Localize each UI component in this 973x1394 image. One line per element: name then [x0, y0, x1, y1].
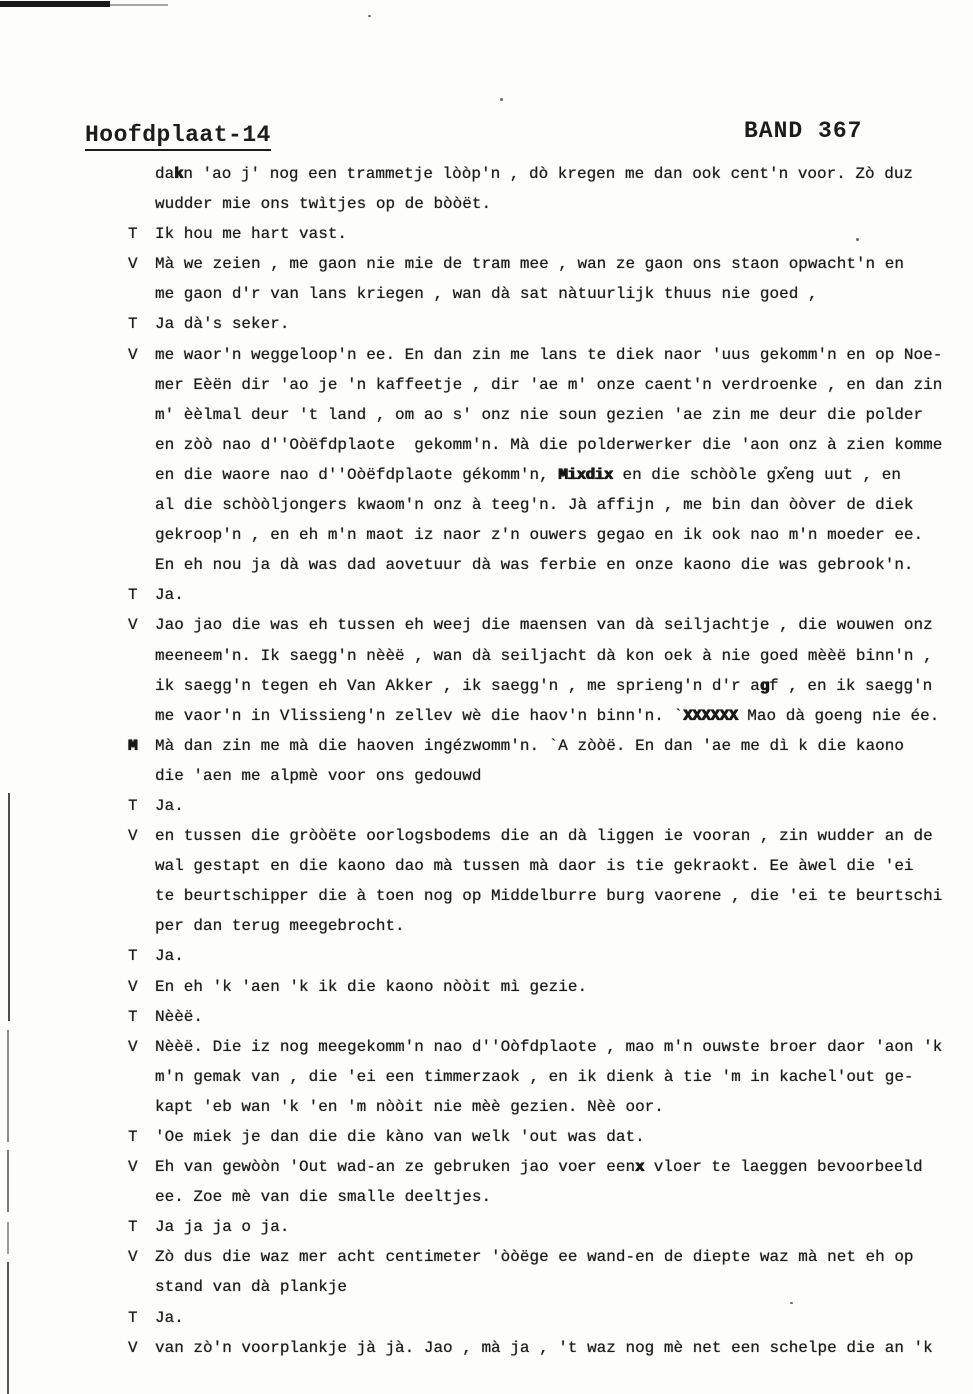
line-text: 'Oe miek je dan die die kàno van welk 'o… [155, 1128, 645, 1146]
transcript-line: TJa dà's seker. [128, 309, 973, 339]
transcript-line: T'Oe miek je dan die die kàno van welk '… [128, 1122, 973, 1152]
document-page: Hoofdplaat-14 BAND 367 dakn 'ao j' nog e… [0, 0, 973, 1394]
line-text: Nèèë. [155, 1008, 203, 1026]
speaker-label: T [128, 309, 155, 339]
transcript-line: VEh van gewòòn 'Out wad-an ze gebruken j… [128, 1152, 973, 1182]
transcript-line: wudder mie ons twìtjes op de bòòët. [128, 189, 973, 219]
scan-artifact-left-edge [7, 1150, 9, 1212]
line-text: te beurtschipper die à toen nog op Midde… [155, 887, 942, 905]
speaker-label: T [128, 1002, 155, 1032]
line-text: en die waore nao d''Oòëfdplaote gékomm'n… [155, 466, 901, 484]
line-text: En eh 'k 'aen 'k ik die kaono nòòit mì g… [155, 978, 587, 996]
transcript-line: per dan terug meegebrocht. [128, 911, 973, 941]
speaker-label: V [128, 610, 155, 640]
overstruck-text: XXXXXX [683, 707, 738, 725]
transcript-line: die 'aen me alpmè voor ons gedouwd [128, 761, 973, 791]
line-text: gekroop'n , en eh m'n maot iz naor z'n o… [155, 526, 923, 544]
transcript-line: me vaor'n in Vlissieng'n zellev wè die h… [128, 701, 973, 731]
speaker-label: V [128, 972, 155, 1002]
transcript-line: al die schòòljongers kwaom'n onz à teeg'… [128, 490, 973, 520]
overstruck-text: g [760, 677, 769, 695]
line-text: En eh nou ja dà was dad aovetuur dà was … [155, 556, 914, 574]
transcript-line: VJao jao die was eh tussen eh weej die m… [128, 610, 973, 640]
line-text: Eh van gewòòn 'Out wad-an ze gebruken ja… [155, 1158, 923, 1176]
scan-artifact-left-edge [7, 1262, 9, 1394]
overstruck-text: Mixdix [558, 466, 613, 484]
line-text: Ja. [155, 947, 184, 965]
transcript: dakn 'ao j' nog een trammetje lòòp'n , d… [128, 159, 973, 1363]
line-text: Mà dan zin me mà die haoven ingézwomm'n.… [155, 737, 904, 755]
speaker-label: V [128, 821, 155, 851]
line-text: Nèèë. Die iz nog meegekomm'n nao d''Oòfd… [155, 1038, 942, 1056]
transcript-line: TJa. [128, 580, 973, 610]
line-text: per dan terug meegebrocht. [155, 917, 405, 935]
line-text: wudder mie ons twìtjes op de bòòët. [155, 195, 491, 213]
line-text: dakn 'ao j' nog een trammetje lòòp'n , d… [155, 165, 913, 183]
line-text: meeneem'n. Ik saegg'n nèèë , wan dà seil… [155, 647, 933, 665]
transcript-line: dakn 'ao j' nog een trammetje lòòp'n , d… [128, 159, 973, 189]
transcript-line: VZò dus die waz mer acht centimeter 'òòë… [128, 1242, 973, 1272]
speaker-label: V [128, 249, 155, 279]
transcript-line: TIk hou me hart vast. [128, 219, 973, 249]
line-text: stand van dà plankje [155, 1278, 347, 1296]
speaker-label: V [128, 1242, 155, 1272]
scan-artifact-left-edge [8, 793, 10, 1021]
line-text: Mà we zeien , me gaon nie mie de tram me… [155, 255, 904, 273]
speaker-label: M [128, 731, 155, 761]
line-text: me waor'n weggeloop'n ee. En dan zin me … [155, 346, 942, 364]
line-text: me vaor'n in Vlissieng'n zellev wè die h… [155, 707, 939, 725]
scan-artifact-left-edge [7, 1030, 9, 1142]
line-text: ik saegg'n tegen eh Van Akker , ik saegg… [155, 677, 932, 695]
transcript-line: MMà dan zin me mà die haoven ingézwomm'n… [128, 731, 973, 761]
transcript-line: wal gestapt en die kaono dao mà tussen m… [128, 851, 973, 881]
line-text: Ja. [155, 797, 184, 815]
transcript-line: en zòò nao d''Oòëfdplaote gekomm'n. Mà d… [128, 430, 973, 460]
transcript-line: me gaon d'r van lans kriegen , wan dà sa… [128, 279, 973, 309]
scan-speck [500, 98, 503, 101]
transcript-line: Ven tussen die gròòëte oorlogsbodems die… [128, 821, 973, 851]
transcript-line: En eh nou ja dà was dad aovetuur dà was … [128, 550, 973, 580]
overstruck-text: k [174, 165, 183, 183]
overstruck-text: x [635, 1158, 644, 1176]
line-text: Ja ja ja o ja. [155, 1218, 289, 1236]
line-text: die 'aen me alpmè voor ons gedouwd [155, 767, 481, 785]
transcript-line: kapt 'eb wan 'k 'en 'm nòòit nie mèè gez… [128, 1092, 973, 1122]
speaker-label: T [128, 580, 155, 610]
transcript-line: VMà we zeien , me gaon nie mie de tram m… [128, 249, 973, 279]
line-text: van zò'n voorplankje jà jà. Jao , mà ja … [155, 1339, 933, 1357]
line-text: en zòò nao d''Oòëfdplaote gekomm'n. Mà d… [155, 436, 942, 454]
transcript-line: TJa. [128, 1303, 973, 1333]
line-text: al die schòòljongers kwaom'n onz à teeg'… [155, 496, 914, 514]
transcript-line: VEn eh 'k 'aen 'k ik die kaono nòòit mì … [128, 972, 973, 1002]
speaker-label: T [128, 1303, 155, 1333]
line-text: wal gestapt en die kaono dao mà tussen m… [155, 857, 914, 875]
transcript-line: TNèèë. [128, 1002, 973, 1032]
speaker-label: T [128, 1122, 155, 1152]
transcript-line: ee. Zoe mè van die smalle deeltjes. [128, 1182, 973, 1212]
line-text: Ja dà's seker. [155, 315, 289, 333]
line-text: m'n gemak van , die 'ei een timmerzaok ,… [155, 1068, 914, 1086]
transcript-line: Vme waor'n weggeloop'n ee. En dan zin me… [128, 340, 973, 370]
scan-speck [368, 15, 371, 17]
line-text: Ja. [155, 586, 184, 604]
line-text: Zò dus die waz mer acht centimeter 'òòëg… [155, 1248, 914, 1266]
line-text: Ik hou me hart vast. [155, 225, 347, 243]
transcript-line: VNèèë. Die iz nog meegekomm'n nao d''Oòf… [128, 1032, 973, 1062]
transcript-line: m'n gemak van , die 'ei een timmerzaok ,… [128, 1062, 973, 1092]
transcript-line: ik saegg'n tegen eh Van Akker , ik saegg… [128, 671, 973, 701]
speaker-label: V [128, 340, 155, 370]
transcript-line: mer Eèën dir 'ao je 'n kaffeetje , dir '… [128, 370, 973, 400]
line-text: mer Eèën dir 'ao je 'n kaffeetje , dir '… [155, 376, 942, 394]
speaker-label: T [128, 941, 155, 971]
band-number: BAND 367 [744, 118, 862, 144]
transcript-line: TJa. [128, 791, 973, 821]
transcript-line: m' èèlmal deur 't land , om ao s' onz ni… [128, 400, 973, 430]
transcript-line: Vvan zò'n voorplankje jà jà. Jao , mà ja… [128, 1333, 973, 1363]
transcript-line: meeneem'n. Ik saegg'n nèèë , wan dà seil… [128, 641, 973, 671]
transcript-line: en die waore nao d''Oòëfdplaote gékomm'n… [128, 460, 973, 490]
speaker-label: T [128, 791, 155, 821]
scan-artifact-left-edge [7, 1222, 9, 1254]
transcript-line: stand van dà plankje [128, 1272, 973, 1302]
line-text: en tussen die gròòëte oorlogsbodems die … [155, 827, 933, 845]
transcript-line: TJa ja ja o ja. [128, 1212, 973, 1242]
line-text: m' èèlmal deur 't land , om ao s' onz ni… [155, 406, 923, 424]
speaker-label: V [128, 1032, 155, 1062]
transcript-line: gekroop'n , en eh m'n maot iz naor z'n o… [128, 520, 973, 550]
speaker-label: V [128, 1333, 155, 1363]
line-text: kapt 'eb wan 'k 'en 'm nòòit nie mèè gez… [155, 1098, 664, 1116]
line-text: Jao jao die was eh tussen eh weej die ma… [155, 616, 933, 634]
page-title: Hoofdplaat-14 [85, 122, 271, 151]
line-text: ee. Zoe mè van die smalle deeltjes. [155, 1188, 491, 1206]
speaker-label: T [128, 219, 155, 249]
speaker-label: T [128, 1212, 155, 1242]
line-text: Ja. [155, 1309, 184, 1327]
transcript-line: te beurtschipper die à toen nog op Midde… [128, 881, 973, 911]
line-text: me gaon d'r van lans kriegen , wan dà sa… [155, 285, 818, 303]
speaker-label: V [128, 1152, 155, 1182]
transcript-line: TJa. [128, 941, 973, 971]
scan-artifact-top-bar [0, 1, 110, 7]
